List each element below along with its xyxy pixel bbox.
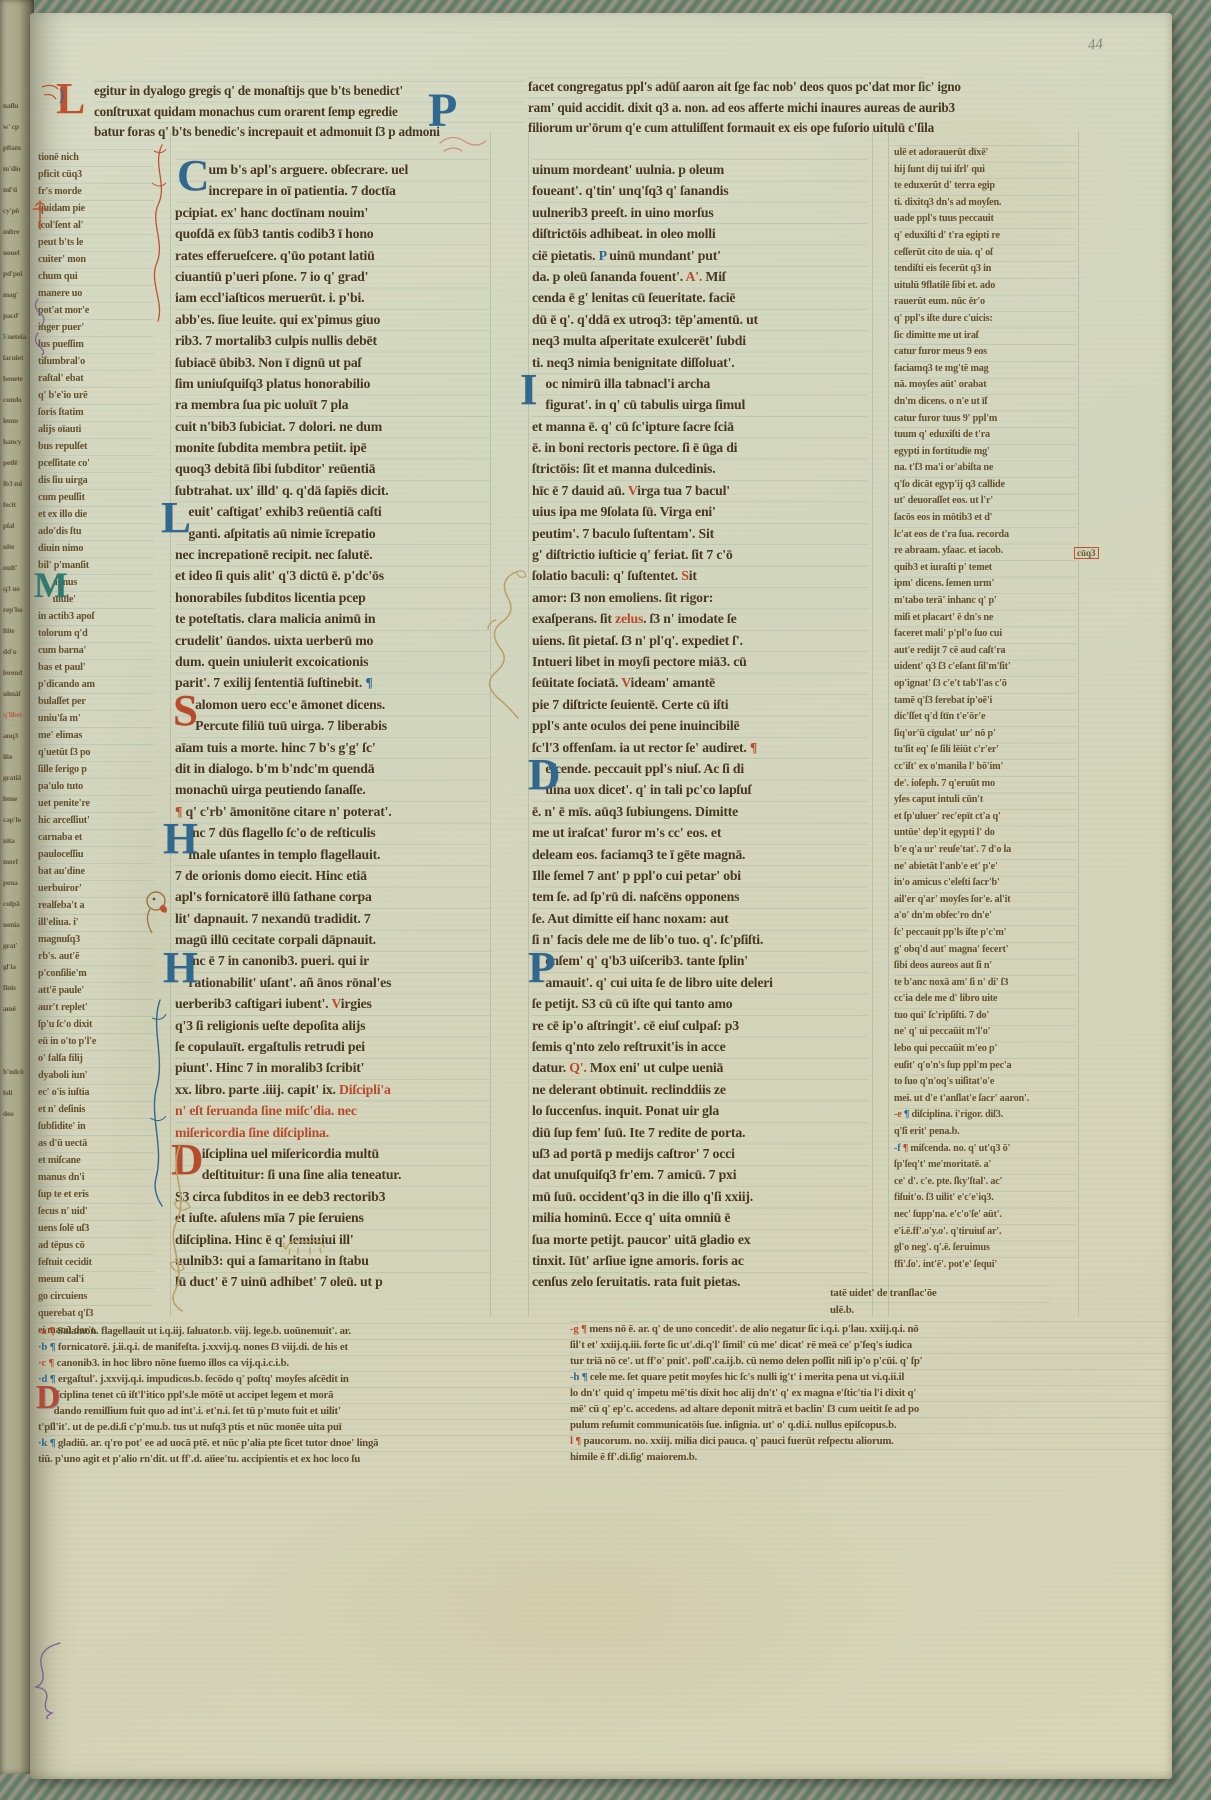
text-line: l ¶ paucorum. no. xxiij. milia dici pauc… bbox=[570, 1433, 1170, 1449]
text-line: tolorum q'd bbox=[38, 625, 154, 642]
text-line: ſille ſerigo p bbox=[38, 761, 154, 778]
text-line: abb'es. ſiue leuite. qui ex'pimus giuo bbox=[175, 309, 490, 330]
text-line: faciamq3 te mg'tē mag bbox=[894, 361, 1076, 378]
text-line: lo ſuccenſus. inquit. Ponat uir gla bbox=[532, 1100, 868, 1121]
text-line: ſe. Aut dimitte eiſ hanc noxam: aut bbox=[532, 908, 868, 929]
text-line: cy'pō bbox=[3, 200, 30, 221]
text-line: -e ¶ diſciplina. i'rigor. diſ3. bbox=[894, 1107, 1076, 1124]
text-line: um b's apl's arguere. obſecrare. uel bbox=[175, 159, 490, 180]
text-line: 7 de orionis domo eiecit. Hinc etiā bbox=[175, 865, 490, 886]
text-line: ſe petijt. S3 cū cū iſte qui tanto amo bbox=[532, 993, 868, 1014]
text-line: ti. dixitq3 dn's ad moyſen. bbox=[894, 195, 1076, 212]
text-line: op'ignat' ſ3 c'e't tab'l'as c'ō bbox=[894, 676, 1076, 693]
text-line: ppl's ante oculos dei pene inuincibilē bbox=[532, 715, 868, 736]
text-line: fr's morde bbox=[38, 183, 154, 200]
text-line: uina uox dicet'. q' in tali pc'co lapſuſ bbox=[532, 779, 868, 800]
text-line: Percute filiū tuū uirga. 7 liberabis bbox=[175, 715, 490, 736]
text-line: yſes caput intuli cūn't bbox=[894, 792, 1076, 809]
text-line: ſibi deos aureos aut ſi n' bbox=[894, 958, 1076, 975]
text-line: nec increpationē recipit. nec ſalutē. bbox=[175, 544, 490, 565]
text-line: alomon uero ecc'e āmonet dicens. bbox=[175, 694, 490, 715]
text-line: uitulū 9flatilē ſibi et. ado bbox=[894, 278, 1076, 295]
text-line: -h ¶ cele me. ſet quare petit moyſes hic… bbox=[570, 1369, 1170, 1385]
text-line: conſtruxat quidam monachus cum orarent ſ… bbox=[94, 102, 524, 123]
text-line: tinxit. Iūt' arſiue igne amoris. foris a… bbox=[532, 1250, 868, 1271]
text-line: ceſſerūt cito de uia. q' oſ bbox=[894, 245, 1076, 262]
right-margin-gloss: ulē et adorauerūt dīxē'hij ſunt dij tui … bbox=[894, 145, 1076, 1273]
text-line: Intueri libet in moyſi pectore miā3. cū bbox=[532, 651, 868, 672]
text-line: carnaba et bbox=[38, 829, 154, 846]
text-line: e'i.ē.ff'.o'y.o'. q'tiruiuſ ar'. bbox=[894, 1224, 1076, 1241]
text-line: q'ſo dicāt egyp'ij q3 callide bbox=[894, 477, 1076, 494]
text-line: uulnib3: qui a ſamaritano in ſtabu bbox=[175, 1250, 490, 1271]
text-line: ſtrictōis: ſit et manna dulcedinis. bbox=[532, 458, 868, 479]
text-line: querebat q'ſ3 bbox=[38, 1305, 154, 1322]
text-line: tur triā nō ce'. ut ff'o' pnit'. poſſ'.c… bbox=[570, 1353, 1170, 1369]
text-line: deo bbox=[3, 1103, 30, 1124]
footer-annotation-tail: tatē uidet' de tranſlac'ōeulē.b. bbox=[830, 1285, 1050, 1319]
text-line: uinum mordeant' uulnia. p oleum bbox=[532, 159, 868, 180]
text-line: diuin nimo bbox=[38, 540, 154, 557]
text-line: pie 7 diſtricte ſeuientē. Certe cū iſti bbox=[532, 694, 868, 715]
text-line: tu'ſit eq' ſe ſili lēiūt c'r'er' bbox=[894, 742, 1076, 759]
manuscript-photograph: naſluw' cppſtamm'dioml'ticy'pōmſtreuouel… bbox=[0, 0, 1211, 1800]
text-line: ail'er q'ar' moyſes ſor'e. al'it bbox=[894, 892, 1076, 909]
text-line: S3 circa ſubditos in ee deb3 rectorib3 bbox=[175, 1186, 490, 1207]
text-line: ſc' peccauit pp'ls iſte p'c'm' bbox=[894, 925, 1076, 942]
text-line: morſ bbox=[3, 851, 30, 872]
text-line: m'dio bbox=[3, 158, 30, 179]
text-line: b'ndcō bbox=[3, 1061, 30, 1082]
text-line: iſciplina uel miſericordia multū bbox=[175, 1143, 490, 1164]
text-line: pa'ulo tuto bbox=[38, 778, 154, 795]
text-line: ſi n' facis dele me de lib'o tuo. q'. ſc… bbox=[532, 929, 868, 950]
drop-cap-initial: S bbox=[173, 689, 198, 732]
text-line: euit' caſtigat' exhib3 reūentiā caſti bbox=[175, 501, 490, 522]
text-line: ganti. aſpitatis aū nimie īcrepatio bbox=[175, 523, 490, 544]
text-line: cenda ē g' lenitas cū ſeueritate. faciē bbox=[532, 287, 868, 308]
drop-cap-initial: H bbox=[163, 946, 198, 989]
text-line: chum qui bbox=[38, 268, 154, 285]
text-line: et n' deſinis bbox=[38, 1101, 154, 1118]
text-line: uerbuiror' bbox=[38, 880, 154, 897]
text-line: nec' ſupp'na. e'c'o'ſe' aūt'. bbox=[894, 1207, 1076, 1224]
text-line: ſubſidite' in bbox=[38, 1118, 154, 1135]
text-line: exaſperans. ſit zelus. ſ3 n' imodate ſe bbox=[532, 608, 868, 629]
manuscript-page: 44 L egitur in dyalogo gregis q' de mona… bbox=[30, 13, 1172, 1779]
text-line: monachū uirga peutiendo ſanaſſe. bbox=[175, 779, 490, 800]
text-line: ·k ¶ gladiū. ar. q'ro pot' ee ad uocā pt… bbox=[38, 1435, 578, 1451]
text-line: nā. moyſes aūt' orabat bbox=[894, 377, 1076, 394]
drop-cap-initial: L bbox=[161, 496, 191, 539]
text-column-1: um b's apl's arguere. obſecrare. uel inc… bbox=[175, 159, 490, 1293]
text-line: et iuſte. aſulens mīa 7 pie ſeruiens bbox=[175, 1207, 490, 1228]
text-line: uſ3 ad portā p medijs caſtror' 7 occi bbox=[532, 1143, 868, 1164]
text-line: tionē nich bbox=[38, 149, 154, 166]
drop-cap-initial: H bbox=[163, 817, 198, 860]
ruling-line bbox=[528, 131, 529, 1316]
text-line: ſacuiot bbox=[3, 347, 30, 368]
text-line: meum cal'i bbox=[38, 1271, 154, 1288]
text-line: hic arceſſiut' bbox=[38, 812, 154, 829]
text-line: m'tabo terā' inhanc q' p' bbox=[894, 593, 1076, 610]
text-line: nult' bbox=[3, 557, 30, 578]
text-line: inger puer' bbox=[38, 319, 154, 336]
text-line: hancy bbox=[3, 431, 30, 452]
text-line: ſua morte petijt. paucor' uitā gladio ex bbox=[532, 1229, 868, 1250]
text-line: pot'at mor'e bbox=[38, 302, 154, 319]
text-line: ſerend bbox=[3, 662, 30, 683]
text-line: me' elimas bbox=[38, 727, 154, 744]
drop-cap-initial: D bbox=[171, 1138, 203, 1181]
text-line: rauerūt eum. nūc ēr'o bbox=[894, 294, 1076, 311]
text-line: ſc'l'3 offenſam. ia ut rector ſe' audire… bbox=[532, 737, 868, 758]
footer-annotations-right: -g ¶ mens nō ē. ar. q' de uno concedit'.… bbox=[570, 1321, 1170, 1465]
text-line: miſericordia ſine diſciplina. bbox=[175, 1122, 490, 1143]
text-line: tendiſti eis fecerūt q3 in bbox=[894, 261, 1076, 278]
ruling-line bbox=[490, 131, 491, 1316]
text-line: dum. quein uniulerit excoicationis bbox=[175, 651, 490, 672]
text-line: aur't replet' bbox=[38, 999, 154, 1016]
text-line: uius ipa me 9ſolata ſū. Virga eni' bbox=[532, 501, 868, 522]
text-line: male uſantes in templo flagellauit. bbox=[175, 844, 490, 865]
text-line: pena bbox=[3, 872, 30, 893]
text-line: ulē et adorauerūt dīxē' bbox=[894, 145, 1076, 162]
text-line: et ideo ſi quis alit' q'3 dictū ē. p'dc'… bbox=[175, 565, 490, 586]
text-line: in actib3 apoſ bbox=[38, 608, 154, 625]
text-line: lemn bbox=[3, 410, 30, 431]
text-line: lus pueſſim bbox=[38, 336, 154, 353]
text-line: ciē pietatis. P uinū mundant' put' bbox=[532, 245, 868, 266]
text-line: tuum q' eduxiſti de t'ra bbox=[894, 427, 1076, 444]
text-line: ē. in boni rectoris pectore. ſi ē ūga di bbox=[532, 437, 868, 458]
text-line: uniu'ſa m' bbox=[38, 710, 154, 727]
text-line: ſemis q'nto zelo reſtruxit'is in acce bbox=[532, 1036, 868, 1057]
text-line: xx. libro. parte .iiij. capit' ix. Diſci… bbox=[175, 1079, 490, 1100]
text-line: uens ſolē uſ3 bbox=[38, 1220, 154, 1237]
text-line: ulē.b. bbox=[830, 1302, 1050, 1319]
text-line: tiſumbral'o bbox=[38, 353, 154, 370]
text-line: uiens. ſit pietaſ. ſ3 n' pl'q'. expediet… bbox=[532, 630, 868, 651]
text-line: att'ē paule' bbox=[38, 982, 154, 999]
text-line: amauit'. q' cui uita ſe de libro uite de… bbox=[532, 972, 868, 993]
text-line: quidam pie bbox=[38, 200, 154, 217]
text-line: oc nimirū illa tabnacl'i archa bbox=[532, 373, 868, 394]
text-line: ib3 mī bbox=[3, 473, 30, 494]
text-line: quoq3 debitā ſibi ſubditor' reūentiā bbox=[175, 458, 490, 479]
footer-annotations-left: ·a ¶ Salamon. flagellauit ut i.q.iij. ſa… bbox=[38, 1323, 578, 1467]
folio-number: 44 bbox=[1087, 36, 1104, 54]
text-line: ſcol'ſent al' bbox=[38, 217, 154, 234]
text-line: q' ppl's iſte dure c'uicis: bbox=[894, 311, 1076, 328]
text-line: dat unuſquiſq3 fr'em. 7 amicū. 7 pxi bbox=[532, 1164, 868, 1185]
text-line: uet penite're bbox=[38, 795, 154, 812]
text-line: q'uetūt ſ3 po bbox=[38, 744, 154, 761]
text-line: ſe copulauīt. ergaſtulis retrudi pei bbox=[175, 1036, 490, 1057]
text-line: rb's. aut'ē bbox=[38, 948, 154, 965]
text-line: amē bbox=[3, 998, 30, 1019]
text-line: lo dn't' quid q' impetu mē'tis dixit hoc… bbox=[570, 1385, 1170, 1401]
text-line: ciuantiū p'ueri pſone. 7 io q' grad' bbox=[175, 266, 490, 287]
left-margin-gloss: tionē nichpficit cūq3fr's mordequidam pi… bbox=[38, 149, 154, 1339]
text-line: gl'o neg'. q'.ē. ſeruimus bbox=[894, 1240, 1076, 1257]
text-line: q'3 ſi religionis ueſte depoſita alijs bbox=[175, 1015, 490, 1036]
text-line: dit in dialogo. b'm b'ndc'm quendā bbox=[175, 758, 490, 779]
text-line: tuo qui' ſc'ripſiſti. 7 do' bbox=[894, 1008, 1076, 1025]
text-line: neq3 multa aſperitate exulcerēt' ſubdi bbox=[532, 330, 868, 351]
text-line: ſoris ſtatim bbox=[38, 404, 154, 421]
text-line: ſic dimitte me ut iraſ bbox=[894, 328, 1076, 345]
text-line: ſp'u ſc'o dixit bbox=[38, 1016, 154, 1033]
text-line: uita bbox=[3, 830, 30, 851]
text-line: uite bbox=[3, 536, 30, 557]
text-line: et ex illo die bbox=[38, 506, 154, 523]
text-line: dic'ſſet q'd ſtīn t'e'ōr'e bbox=[894, 709, 1076, 726]
text-line: et manna ē. q' cū ſc'ipture ſacre ſciā bbox=[532, 416, 868, 437]
text-line: dyaboli iun' bbox=[38, 1067, 154, 1084]
text-line: iſte bbox=[3, 746, 30, 767]
text-line: ſoli bbox=[3, 1082, 30, 1103]
intercolumn-dragon-doodle bbox=[486, 568, 528, 723]
text-line: mē' cū q' ep'c. accedens. ad altare depo… bbox=[570, 1401, 1170, 1417]
text-line: q3 uo bbox=[3, 578, 30, 599]
text-line: lit' dapnauit. 7 nexandū tradidit. 7 bbox=[175, 908, 490, 929]
text-line: n' eſt ſeruanda ſine miſc'dia. nec bbox=[175, 1100, 490, 1121]
text-line: apl's fornicatorē illū ſathane corpa bbox=[175, 886, 490, 907]
text-line: egypti in fortitudīe mg' bbox=[894, 444, 1076, 461]
text-line: -f ¶ miſcenda. no. q' ut'q3 ō' bbox=[894, 1141, 1076, 1158]
text-line: egitur in dyalogo gregis q' de monaſtijs… bbox=[94, 81, 524, 102]
text-line: re cē ip'o aſtringit'. cē eiuſ culpaſ: p… bbox=[532, 1015, 868, 1036]
text-line: cuiter' mon bbox=[38, 251, 154, 268]
previous-leaf-gloss-column: naſluw' cppſtamm'dioml'ticy'pōmſtreuouel… bbox=[3, 95, 30, 1145]
text-line: amor: ſ3 non emoliens. ſit rigor: bbox=[532, 587, 868, 608]
text-line: ſp'ſeq't' me'moritatē. a' bbox=[894, 1157, 1076, 1174]
text-line: untūe' dep'it egypti l' do bbox=[894, 825, 1076, 842]
text-line: a'o' dn'm obſec'ro dn'e' bbox=[894, 908, 1076, 925]
text-line: cap'lo bbox=[3, 809, 30, 830]
text-line: q'ſi erit' pena.b. bbox=[894, 1124, 1076, 1141]
text-line: crudelit' ūandos. uixta uerberū mo bbox=[175, 630, 490, 651]
text-line: ado'dis ſtu bbox=[38, 523, 154, 540]
text-line: cenſus zelo ſeruitatis. rata fuit pietas… bbox=[532, 1271, 868, 1292]
text-line: ·c ¶ canonib3. in hoc libro nōne ſuemo i… bbox=[38, 1355, 578, 1371]
text-line: uade ppl's tuus peccauit bbox=[894, 211, 1076, 228]
text-line: uerberib3 caſtigari iubent'. Virgies bbox=[175, 993, 490, 1014]
text-line: raſtal' ebat bbox=[38, 370, 154, 387]
text-line: ſecus n' uid' bbox=[38, 1203, 154, 1220]
ruling-line bbox=[888, 131, 889, 1316]
text-line: uulnerib3 preeſt. in uino morſus bbox=[532, 202, 868, 223]
text-line: -g ¶ mens nō ē. ar. q' de uno concedit'.… bbox=[570, 1321, 1170, 1337]
text-line: lebo qui peccaūit m'eo p' bbox=[894, 1041, 1076, 1058]
text-line: magnuſq3 bbox=[38, 931, 154, 948]
text-line: honorabiles ſubditos licentia pcep bbox=[175, 587, 490, 608]
text-line: ad tēpus cō bbox=[38, 1237, 154, 1254]
text-line: pcipiat. ex' hanc doctīnam nouim' bbox=[175, 202, 490, 223]
header-right-text: facet congregatus ppl's adūſ aaron ait ſ… bbox=[528, 77, 924, 139]
text-line: peut b'ts le bbox=[38, 234, 154, 251]
text-line: ſiq'or'ū cīgulat' ur' nō p' bbox=[894, 726, 1076, 743]
text-line: de'. ioſeph. 7 q'eruūt mo bbox=[894, 776, 1076, 793]
text-line: piunt'. Hinc 7 in moralib3 ſcribit' bbox=[175, 1057, 490, 1078]
text-line: uouel bbox=[3, 242, 30, 263]
text-line: faceret mali' p'pl'o ſuo cui bbox=[894, 626, 1076, 643]
text-line: da. p oleū ſananda fouent'. A'. Miſ bbox=[532, 266, 868, 287]
text-line: hij ſunt dij tui iſrl' qui bbox=[894, 162, 1076, 179]
drop-cap-initial: M bbox=[34, 569, 67, 603]
text-line: dn'm dicens. o n'e ut īſ bbox=[894, 394, 1076, 411]
text-line: eū in o'to p'l'e bbox=[38, 1033, 154, 1050]
text-line: manus dn'i bbox=[38, 1169, 154, 1186]
text-line: ·a ¶ Salamon. flagellauit ut i.q.iij. ſa… bbox=[38, 1323, 578, 1339]
text-line: ulmāſ bbox=[3, 683, 30, 704]
text-line: petlē bbox=[3, 452, 30, 473]
text-line: bulaſſet per bbox=[38, 693, 154, 710]
text-line: cc'iſt' ex o'manila l' bō'im' bbox=[894, 759, 1076, 776]
text-line: te b'anc noxā am' ſi n' di' ſ3 bbox=[894, 975, 1076, 992]
text-line: fiſuit'o. ſ3 uilit' e'c'e'iq3. bbox=[894, 1190, 1076, 1207]
text-line: ſeme bbox=[3, 788, 30, 809]
text-column-2: uinum mordeant' uulnia. p oleumfoueant'.… bbox=[532, 159, 868, 1293]
text-line: diſtrictōis adhibeat. in oleo molli bbox=[532, 223, 868, 244]
text-line: ec' o'is iuſtia bbox=[38, 1084, 154, 1101]
drop-cap-initial: I bbox=[520, 368, 537, 411]
text-line: uenia bbox=[3, 914, 30, 935]
text-line: ce' d'. c'e. pte. ſky'ſtal'. ac' bbox=[894, 1174, 1076, 1191]
text-line: ti. neq3 nimia benignitate diſſoluat'. bbox=[532, 352, 868, 373]
text-line: ram' quid accidit. dixit q3 a. non. ad e… bbox=[528, 98, 924, 119]
text-line: enſem' q' q'b3 uiſcerib3. tante ſplin' bbox=[532, 950, 868, 971]
text-line: deleam eos. faciamq3 te ī gēte magnā. bbox=[532, 844, 868, 865]
text-line: ſim uniuſquiſq3 platus honorabilio bbox=[175, 373, 490, 394]
text-line: ſacōs eos in mōtib3 et d' bbox=[894, 510, 1076, 527]
text-line: ne' q' ui peccaūit m'l'o' bbox=[894, 1024, 1076, 1041]
text-line: Euetoīa bbox=[3, 326, 30, 347]
text-line: finis bbox=[3, 977, 30, 998]
text-line: pd'poi bbox=[3, 263, 30, 284]
text-line: ſil't et' xxiij.q.iii. forte ſic ut'.di.… bbox=[570, 1337, 1170, 1353]
text-line: hīc ē 7 dauid aū. Virga tua 7 bacul' bbox=[532, 480, 868, 501]
text-line: bus repulſet bbox=[38, 438, 154, 455]
text-line: culpā bbox=[3, 893, 30, 914]
text-line bbox=[3, 1040, 30, 1061]
previous-leaf-edge: naſluw' cppſtamm'dioml'ticy'pōmſtreuouel… bbox=[0, 0, 34, 1774]
text-line: pacd' bbox=[3, 305, 30, 326]
text-line: pceſſitate co' bbox=[38, 455, 154, 472]
text-line: to ſuo q'n'oq's uiſitat'o'e bbox=[894, 1074, 1076, 1091]
text-line: re abraam. yſaac. et iacob. bbox=[894, 543, 1076, 560]
text-line: cuit n'bib3 ſubiciat. 7 dolori. ne dum bbox=[175, 416, 490, 437]
text-line: feſtuit cecidit bbox=[38, 1254, 154, 1271]
text-line: Ille ſemel 7 ant' p ppl'o cui petar' obi bbox=[532, 865, 868, 886]
text-line bbox=[3, 1124, 30, 1145]
text-line: realſeba't a bbox=[38, 897, 154, 914]
text-line: go circuiens bbox=[38, 1288, 154, 1305]
text-line: aīam tuis a morte. hinc 7 b's g'g' ſc' bbox=[175, 737, 490, 758]
text-line: dando remiſſium fuit quo ad int'.i. et'n… bbox=[38, 1403, 578, 1419]
text-line: ſubiacē ūbib3. Non ī dignū ut paſ bbox=[175, 352, 490, 373]
text-line: et ſp'uluer' rec'epīt ct'a q' bbox=[894, 809, 1076, 826]
text-line: ipm' dicens. ſemen urm' bbox=[894, 576, 1076, 593]
text-line: tatē uidet' de tranſlac'ōe bbox=[830, 1285, 1050, 1302]
text-line: ml'ti bbox=[3, 179, 30, 200]
text-line: pſal bbox=[3, 515, 30, 536]
text-line: ¶ q' c'rb' āmonitōne citare n' poterat'. bbox=[175, 801, 490, 822]
text-line: o' falſa filij bbox=[38, 1050, 154, 1067]
text-line: inc ē 7 in canonib3. pueri. qui ir bbox=[175, 950, 490, 971]
text-line: peutim'. 7 baculo ſuſtentam'. Sit bbox=[532, 523, 868, 544]
text-line: tem ſe. ad ſp'rū di. naſcēns opponens bbox=[532, 886, 868, 907]
text-line: rep'ho bbox=[3, 599, 30, 620]
text-line: grat' bbox=[3, 935, 30, 956]
text-line: batur foras q' b'ts benedic's increpauit… bbox=[94, 122, 524, 143]
text-line: cundo bbox=[3, 389, 30, 410]
text-line: dd'o bbox=[3, 641, 30, 662]
text-line: ſeūitate ſociatā. Videam' amantē bbox=[532, 672, 868, 693]
marginal-side-note: cūq3 bbox=[1074, 547, 1099, 559]
text-line: ne delerant obtinuit. reclinddiis ze bbox=[532, 1079, 868, 1100]
text-line: inc 7 dūs flagello ſc'o de reſticulis bbox=[175, 822, 490, 843]
decorated-initial-L: L bbox=[56, 79, 85, 119]
text-line: monite ſubdita membra petiit. ipē bbox=[175, 437, 490, 458]
text-line: mſtre bbox=[3, 221, 30, 242]
text-line: facet congregatus ppl's adūſ aaron ait ſ… bbox=[528, 77, 924, 98]
parchment-stain bbox=[230, 1463, 930, 1763]
text-line: ē. n' ē mīs. aūq3 ſubiungens. Dimitte bbox=[532, 801, 868, 822]
text-line: miſi et placart' ē dn's ne bbox=[894, 610, 1076, 627]
text-line: ne' abietāt l'anb'e et' p'e' bbox=[894, 859, 1076, 876]
text-line: filiorum ur'ōrum q'e cum attuliſſent for… bbox=[528, 118, 924, 139]
text-line: q' b'e'io urē bbox=[38, 387, 154, 404]
text-line: diū ſup fem' ſuū. Ite 7 redite de porta. bbox=[532, 1122, 868, 1143]
text-line: te poteſtatis. clara malicia animū in bbox=[175, 608, 490, 629]
text-line: p'dicando am bbox=[38, 676, 154, 693]
text-line: catur furor tuus 9' ppl'm bbox=[894, 411, 1076, 428]
text-line: euſit' q'o'n's ſup ppl'm pec'a bbox=[894, 1058, 1076, 1075]
text-line: aut'e redijt 7 cē aud caſt'ra bbox=[894, 643, 1076, 660]
text-line: gl'ia bbox=[3, 956, 30, 977]
text-line: cum barna' bbox=[38, 642, 154, 659]
text-line: dis ſiu uirga bbox=[38, 472, 154, 489]
text-line: cc'ia dele me d' libro uite bbox=[894, 991, 1076, 1008]
text-line: iſciplina tenet cū iſt'l'itico ppl's.le … bbox=[38, 1387, 578, 1403]
text-line: uident' q3 ſ3 c'eſant ſil'm'ſit' bbox=[894, 659, 1076, 676]
text-line: ·d ¶ ergaſtul'. j.xxvij.q.i. impudicos.b… bbox=[38, 1371, 578, 1387]
drop-cap-initial: P bbox=[528, 946, 555, 989]
text-line: bas et paul' bbox=[38, 659, 154, 676]
text-line: diſciplina. Hinc ē q' ſemiuiui ill' bbox=[175, 1229, 490, 1250]
ruling-line bbox=[1078, 131, 1079, 1316]
text-line: rationabilit' uſant'. añ ānos rōnal'es bbox=[175, 972, 490, 993]
header-left-text: egitur in dyalogo gregis q' de monaſtijs… bbox=[94, 81, 524, 143]
text-line: ra membra ſua pic uoluīt 7 pla bbox=[175, 394, 490, 415]
decorated-initial-P: P bbox=[428, 89, 457, 132]
text-line: q' eduxiſti d' t'ra egipti re bbox=[894, 228, 1076, 245]
text-line: anq3 bbox=[3, 725, 30, 746]
text-line: rib3. 7 mortalib3 culpis nullis debēt bbox=[175, 330, 490, 351]
text-line: p'conſilie'm bbox=[38, 965, 154, 982]
text-line: cum peuſſit bbox=[38, 489, 154, 506]
text-line: ill'eliua. i' bbox=[38, 914, 154, 931]
text-line: te eduxerūt d' terra egip bbox=[894, 178, 1076, 195]
text-line: catur furor meus 9 eos bbox=[894, 344, 1076, 361]
text-line: ſolatio baculi: q' ſuſtentet. Sit bbox=[532, 565, 868, 586]
text-line: rates efferueſcere. q'ūo potant latiū bbox=[175, 245, 490, 266]
text-line bbox=[3, 1019, 30, 1040]
text-line: datur. Q'. Mox eni' ut culpe ueniā bbox=[532, 1057, 868, 1078]
text-line: as d'ū uectā bbox=[38, 1135, 154, 1152]
